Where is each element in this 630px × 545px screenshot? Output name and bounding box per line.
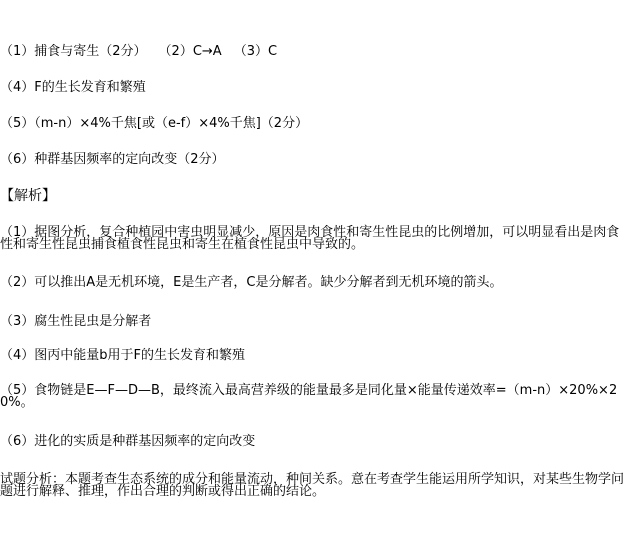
summary-paragraph: 试题分析：本题考查生态系统的成分和能量流动，种间关系。意在考查学生能运用所学知识…: [0, 474, 630, 498]
answer-q1: （1）捕食与寄生（2分）: [0, 44, 147, 59]
analysis-heading: 【解析】: [0, 188, 56, 204]
answer-q6: （6）种群基因频率的定向改变（2分）: [0, 153, 225, 167]
analysis-p2: （2）可以推出A是无机环境，E是生产者，C是分解者。缺少分解者到无机环境的箭头。: [0, 277, 630, 289]
answer-line-1: （1）捕食与寄生（2分）（2）C→A（3）C: [0, 45, 277, 59]
answer-q4: （4）F的生长发育和繁殖: [0, 81, 146, 95]
analysis-p5: （5）食物链是E—F—D—B，最终流入最高营养级的能量最多是同化量×能量传递效率…: [0, 385, 630, 409]
analysis-p1: （1）据图分析，复合种植园中害虫明显减少，原因是肉食性和寄生性昆虫的比例增加，可…: [0, 227, 630, 251]
analysis-p6: （6）进化的实质是种群基因频率的定向改变: [0, 436, 630, 448]
analysis-p3: （3）腐生性昆虫是分解者: [0, 316, 630, 328]
answer-q2: （2）C→A: [159, 44, 222, 59]
answer-q3: （3）C: [234, 44, 277, 59]
analysis-p4: （4）图丙中能量b用于F的生长发育和繁殖: [0, 350, 630, 362]
answer-q5: （5）（m-n）×4%千焦[或（e-f）×4%千焦]（2分）: [0, 117, 308, 131]
